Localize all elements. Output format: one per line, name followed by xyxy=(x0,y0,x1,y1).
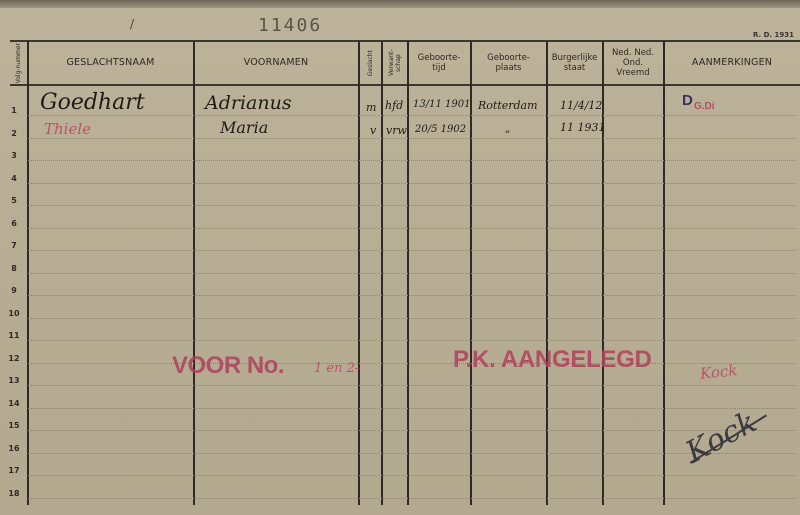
header-geslacht: Geslacht xyxy=(359,42,381,84)
row-number: 5 xyxy=(4,196,24,205)
header-aanmerkingen: AANMERKINGEN xyxy=(664,42,800,84)
entry-1-sex: m xyxy=(366,101,376,114)
entry-2-birthdate: 20/5 1902 xyxy=(415,124,466,135)
row-number: 17 xyxy=(4,466,24,475)
top-mark: / xyxy=(130,17,134,31)
header-burgerlijke-staat: Burgerlijke staat xyxy=(547,42,602,84)
header-verwantschap: Verwant-schap xyxy=(382,42,407,84)
row-number: 8 xyxy=(4,264,24,273)
serial-number: 11406 xyxy=(258,15,322,36)
row-dotted-line xyxy=(28,385,796,386)
header-geboorteplaats: Geboorte-plaats xyxy=(471,42,546,84)
entry-2-civil-status: 11 1931 xyxy=(560,121,606,134)
row-dotted-line xyxy=(28,273,796,274)
form-code: R. D. 1931 xyxy=(753,31,794,39)
entry-1-firstnames: Adrianus xyxy=(205,92,292,114)
entry-1-birthplace: Rotterdam xyxy=(478,99,538,112)
pk-aangelegd-stamp: P.K. AANGELEGD xyxy=(453,346,652,374)
row-number: 7 xyxy=(4,241,24,250)
header-geboortetijd: Geboorte-tijd xyxy=(408,42,470,84)
row-dotted-line xyxy=(28,408,796,409)
row-dotted-line xyxy=(28,498,796,499)
row-number: 1 xyxy=(4,106,24,115)
entry-1-remark: D xyxy=(682,92,693,109)
row-number: 6 xyxy=(4,219,24,228)
voor-no-stamp: VOOR No. xyxy=(172,352,284,380)
entry-1-relation: hfd xyxy=(385,99,403,112)
population-register-card: / 11406 R. D. 1931 Volg-nummer GESLACHTS… xyxy=(0,0,800,515)
entry-1-birthdate: 13/11 1901 xyxy=(413,99,470,110)
row-number: 13 xyxy=(4,376,24,385)
entry-2-firstnames: Maria xyxy=(220,118,268,137)
row-number: 11 xyxy=(4,331,24,340)
row-dotted-line xyxy=(28,228,796,229)
row-number: 10 xyxy=(4,309,24,318)
header-volgnummer: Volg-nummer xyxy=(10,42,27,84)
row-dotted-line xyxy=(28,430,796,431)
row-number: 15 xyxy=(4,421,24,430)
row-dotted-line xyxy=(28,453,796,454)
entry-1-surname: Goedhart xyxy=(40,90,145,115)
entry-2-surname: Thiele xyxy=(44,120,91,138)
voor-no-handwritten: 1 en 2- xyxy=(314,361,359,376)
row-dotted-line xyxy=(28,318,796,319)
row-dotted-line xyxy=(28,363,796,364)
entry-2-sex: v xyxy=(370,124,376,137)
row-number: 14 xyxy=(4,399,24,408)
row-dotted-line xyxy=(28,295,796,296)
entry-2-birthplace: ” xyxy=(505,130,510,141)
row-dotted-line xyxy=(28,160,796,161)
entry-2-relation: vrw xyxy=(386,124,407,137)
signature-small: Kock xyxy=(699,361,738,383)
entry-1-civil-status: 11/4/12 xyxy=(560,99,602,112)
header-bottom-rule xyxy=(10,84,800,86)
row-dotted-line xyxy=(28,475,796,476)
header-nationaliteit: Ned. Ned. Ond. Vreemd xyxy=(603,42,663,84)
row-dotted-line xyxy=(28,138,796,139)
entry-1-remark-stamp: G.Di xyxy=(694,101,715,112)
header-geslachtsnaam: GESLACHTSNAAM xyxy=(28,42,193,84)
row-number: 16 xyxy=(4,444,24,453)
row-number: 3 xyxy=(4,151,24,160)
row-dotted-line xyxy=(28,115,796,116)
row-number: 2 xyxy=(4,129,24,138)
row-dotted-line xyxy=(28,205,796,206)
row-dotted-line xyxy=(28,340,796,341)
row-number: 9 xyxy=(4,286,24,295)
row-number: 18 xyxy=(4,489,24,498)
row-number: 4 xyxy=(4,174,24,183)
row-number: 12 xyxy=(4,354,24,363)
row-dotted-line xyxy=(28,183,796,184)
row-dotted-line xyxy=(28,250,796,251)
header-voornamen: VOORNAMEN xyxy=(194,42,358,84)
